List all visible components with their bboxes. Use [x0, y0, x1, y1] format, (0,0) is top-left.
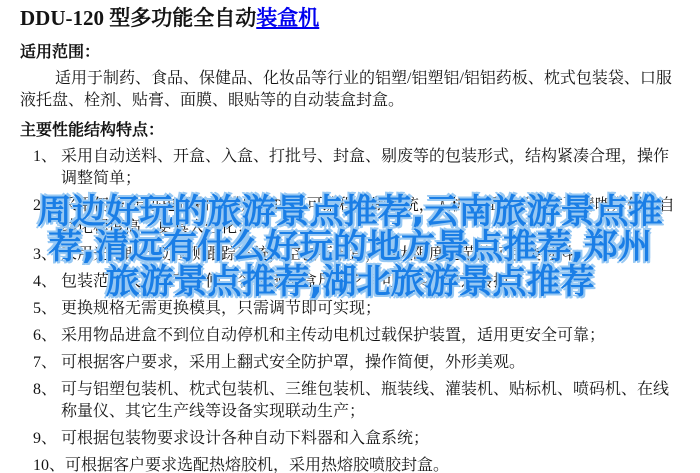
feature-text: 采用伺服/步进电机和触摸屏、PLC 可编程控制系统，人机界面显示操作更清晰方便，… [61, 195, 684, 239]
feature-text: 可根据客户要求，采用上翻式安全防护罩，操作简便，外形美观。 [61, 352, 684, 374]
feature-number: 9、 [33, 428, 61, 450]
feature-item: 7、 可根据客户要求，采用上翻式安全防护罩，操作简便，外形美观。 [33, 352, 684, 374]
page-title: DDU-120 型多功能全自动装盒机 [0, 5, 700, 31]
feature-text: 采用光电眼自动检测跟踪系统，空包不下盒，最大限度地节约了包装材料； [61, 244, 684, 266]
feature-text: 更换规格无需更换模具，只需调节即可实现； [61, 298, 684, 320]
feature-number: 1、 [33, 146, 61, 190]
feature-number: 10、 [33, 455, 65, 473]
features-list: 1、 采用自动送料、开盒、入盒、打批号、封盒、剔废等的包装形式，结构紧凑合理，操… [0, 146, 700, 473]
feature-text: 采用自动送料、开盒、入盒、打批号、封盒、剔废等的包装形式，结构紧凑合理，操作调整… [61, 146, 684, 190]
feature-number: 2、 [33, 195, 61, 239]
feature-item: 9、 可根据包装物要求设计各种自动下料器和入盒系统； [33, 428, 684, 450]
feature-text: 可根据客户要求选配热熔胶机，采用热熔胶喷胶封盒。 [65, 455, 684, 473]
feature-item: 3、 采用光电眼自动检测跟踪系统，空包不下盒，最大限度地节约了包装材料； [33, 244, 684, 266]
feature-number: 5、 [33, 298, 61, 320]
feature-text: 包装范围大，调节方便，各种规格盒尺寸之间可以实现快速转换； [61, 271, 684, 293]
feature-text: 采用物品进盒不到位自动停机和主传动电机过载保护装置，适用更安全可靠； [61, 325, 684, 347]
feature-item: 10、 可根据客户要求选配热熔胶机，采用热熔胶喷胶封盒。 [33, 455, 684, 473]
feature-item: 5、 更换规格无需更换模具，只需调节即可实现； [33, 298, 684, 320]
feature-item: 6、 采用物品进盒不到位自动停机和主传动电机过载保护装置，适用更安全可靠； [33, 325, 684, 347]
title-text: DDU-120 型多功能全自动 [20, 6, 256, 30]
feature-number: 4、 [33, 271, 61, 293]
document-page: DDU-120 型多功能全自动装盒机 适用范围： 适用于制药、食品、保健品、化妆… [0, 5, 700, 473]
title-link[interactable]: 装盒机 [256, 6, 319, 30]
feature-item: 8、 可与铝塑包装机、枕式包装机、三维包装机、瓶装线、灌装机、贴标机、喷码机、在… [33, 379, 684, 423]
feature-item: 4、 包装范围大，调节方便，各种规格盒尺寸之间可以实现快速转换； [33, 271, 684, 293]
feature-number: 7、 [33, 352, 61, 374]
scope-heading: 适用范围： [20, 42, 700, 64]
feature-number: 8、 [33, 379, 61, 423]
feature-number: 6、 [33, 325, 61, 347]
scope-paragraph: 适用于制药、食品、保健品、化妆品等行业的铝塑/铝塑铝/铝铝药板、枕式包装袋、口服… [20, 68, 680, 112]
feature-text: 可与铝塑包装机、枕式包装机、三维包装机、瓶装线、灌装机、贴标机、喷码机、在线称量… [61, 379, 684, 423]
features-heading: 主要性能结构特点： [20, 120, 700, 142]
feature-number: 3、 [33, 244, 61, 266]
feature-text: 可根据包装物要求设计各种自动下料器和入盒系统； [61, 428, 684, 450]
feature-item: 1、 采用自动送料、开盒、入盒、打批号、封盒、剔废等的包装形式，结构紧凑合理，操… [33, 146, 684, 190]
feature-item: 2、 采用伺服/步进电机和触摸屏、PLC 可编程控制系统，人机界面显示操作更清晰… [33, 195, 684, 239]
